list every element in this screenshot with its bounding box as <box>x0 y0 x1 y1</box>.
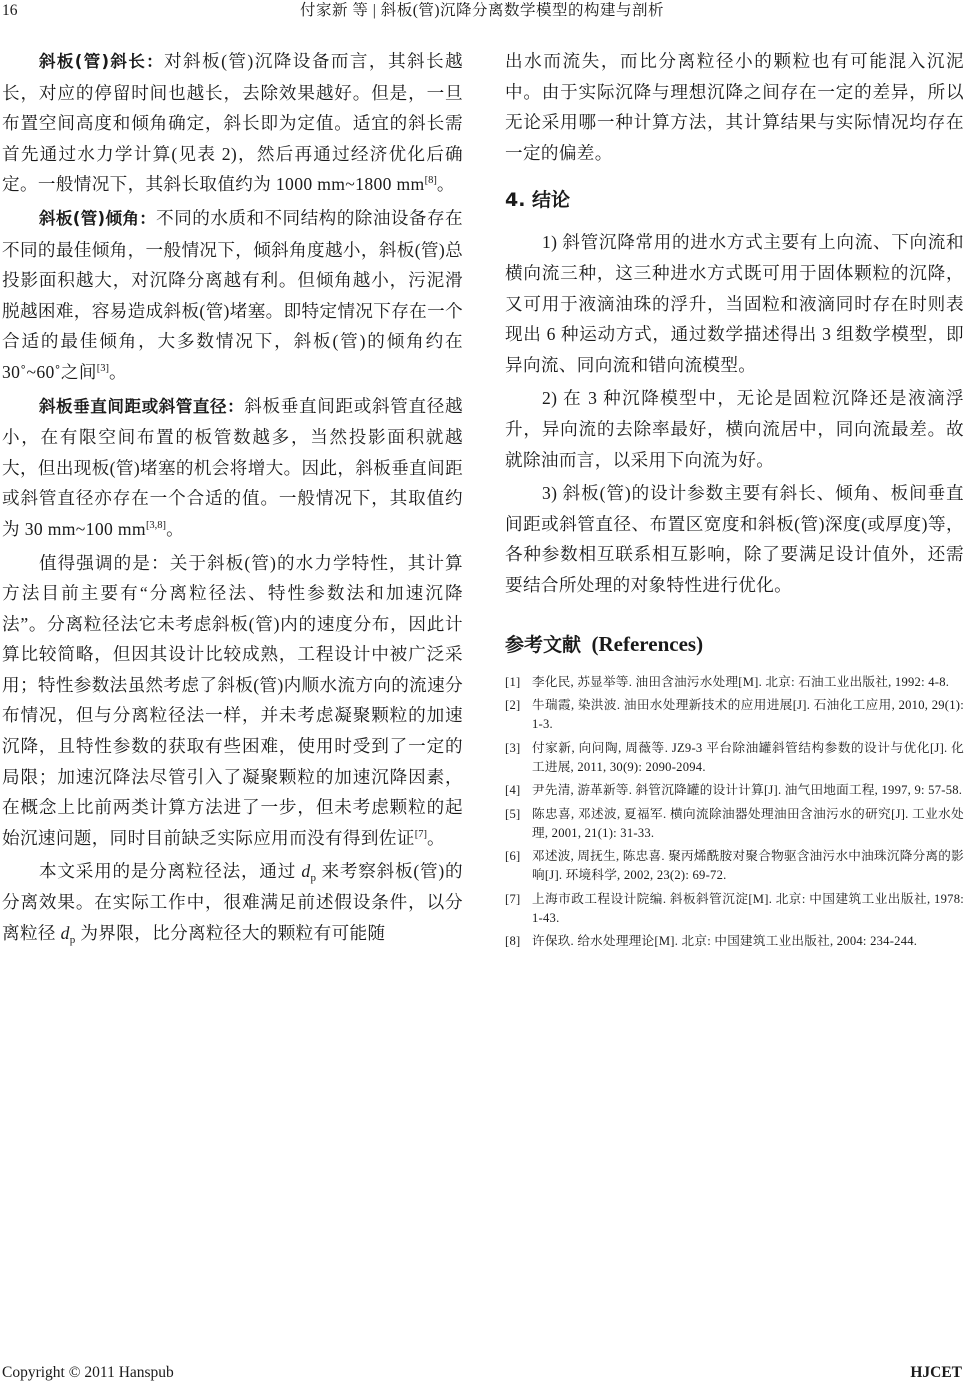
reference-item: [1]李化民, 苏显举等. 油田含油污水处理[M]. 北京: 石油工业出版社, … <box>505 673 964 692</box>
paragraph-calculation-methods: 值得强调的是：关于斜板(管)的水力学特性，其计算方法目前主要有“分离粒径法、特性… <box>2 548 463 854</box>
right-column: 出水而流失，而比分离粒径小的颗粒也有可能混入沉泥中。由于实际沉降与理想沉降之间存… <box>505 46 964 956</box>
paragraph-separation-diameter: 本文采用的是分离粒径法，通过 dp 来考察斜板(管)的分离效果。在实际工作中，很… <box>2 856 463 948</box>
conclusion-item-2: 2) 在 3 种沉降模型中，无论是固粒沉降还是液滴浮升，异向流的去除率最好，横向… <box>505 383 964 475</box>
paragraph-continued: 出水而流失，而比分离粒径小的颗粒也有可能混入沉泥中。由于实际沉降与理想沉降之间存… <box>505 46 964 168</box>
running-title: 付家新 等 | 斜板(管)沉降分离数学模型的构建与剖析 <box>0 0 964 22</box>
copyright-notice: Copyright © 2011 Hanspub <box>2 1362 174 1384</box>
conclusion-item-3: 3) 斜板(管)的设计参数主要有斜长、倾角、板间垂直间距或斜管直径、布置区宽度和… <box>505 478 964 600</box>
citation[interactable]: [3,8] <box>146 520 166 531</box>
references-heading: 参考文献 (References) <box>505 630 964 659</box>
reference-item: [7]上海市政工程设计院编. 斜板斜管沉淀[M]. 北京: 中国建筑工业出版社,… <box>505 890 964 928</box>
variable-d: d <box>301 861 310 881</box>
reference-item: [5]陈忠喜, 邓述波, 夏福军. 横向流除油器处理油田含油污水的研究[J]. … <box>505 805 964 843</box>
paragraph-incline-angle: 斜板(管)倾角：不同的水质和不同结构的除油设备存在不同的最佳倾角，一般情况下，倾… <box>2 203 463 388</box>
reference-item: [8]许保玖. 给水处理理论[M]. 北京: 中国建筑工业出版社, 2004: … <box>505 932 964 951</box>
citation[interactable]: [7] <box>415 829 427 840</box>
reference-list: [1]李化民, 苏显举等. 油田含油污水处理[M]. 北京: 石油工业出版社, … <box>505 673 964 952</box>
reference-item: [4]尹先清, 游革新等. 斜管沉降罐的设计计算[J]. 油气田地面工程, 19… <box>505 781 964 800</box>
page-footer: Copyright © 2011 Hanspub HJCET <box>0 1362 964 1384</box>
conclusion-item-1: 1) 斜管沉降常用的进水方式主要有上向流、下向流和横向流三种，这三种进水方式既可… <box>505 227 964 380</box>
term-incline-angle: 斜板(管)倾角： <box>39 209 156 228</box>
page-header: 16 付家新 等 | 斜板(管)沉降分离数学模型的构建与剖析 <box>0 0 964 24</box>
left-column: 斜板(管)斜长：对斜板(管)沉降设备而言，其斜长越长，对应的停留时间也越长，去除… <box>2 46 463 948</box>
paragraph-slant-length: 斜板(管)斜长：对斜板(管)沉降设备而言，其斜长越长，对应的停留时间也越长，去除… <box>2 46 463 200</box>
term-slant-length: 斜板(管)斜长： <box>39 52 164 71</box>
variable-d: d <box>61 923 70 943</box>
paragraph-plate-spacing: 斜板垂直间距或斜管直径：斜板垂直间距或斜管直径越小，在有限空间布置的板管数越多，… <box>2 391 463 545</box>
section-heading-conclusion: 4. 结论 <box>505 187 964 213</box>
citation[interactable]: [3] <box>97 363 109 374</box>
journal-abbreviation: HJCET <box>910 1362 962 1384</box>
reference-item: [3]付家新, 向问陶, 周薇等. JZ9-3 平台除油罐斜管结构参数的设计与优… <box>505 739 964 777</box>
citation[interactable]: [8] <box>425 175 437 186</box>
reference-item: [2]牛瑞霞, 染洪波. 油田水处理新技术的应用进展[J]. 石油化工应用, 2… <box>505 696 964 734</box>
term-plate-spacing: 斜板垂直间距或斜管直径： <box>39 397 244 416</box>
reference-item: [6]邓述波, 周抚生, 陈忠喜. 聚丙烯酰胺对聚合物驱含油污水中油珠沉降分离的… <box>505 847 964 885</box>
